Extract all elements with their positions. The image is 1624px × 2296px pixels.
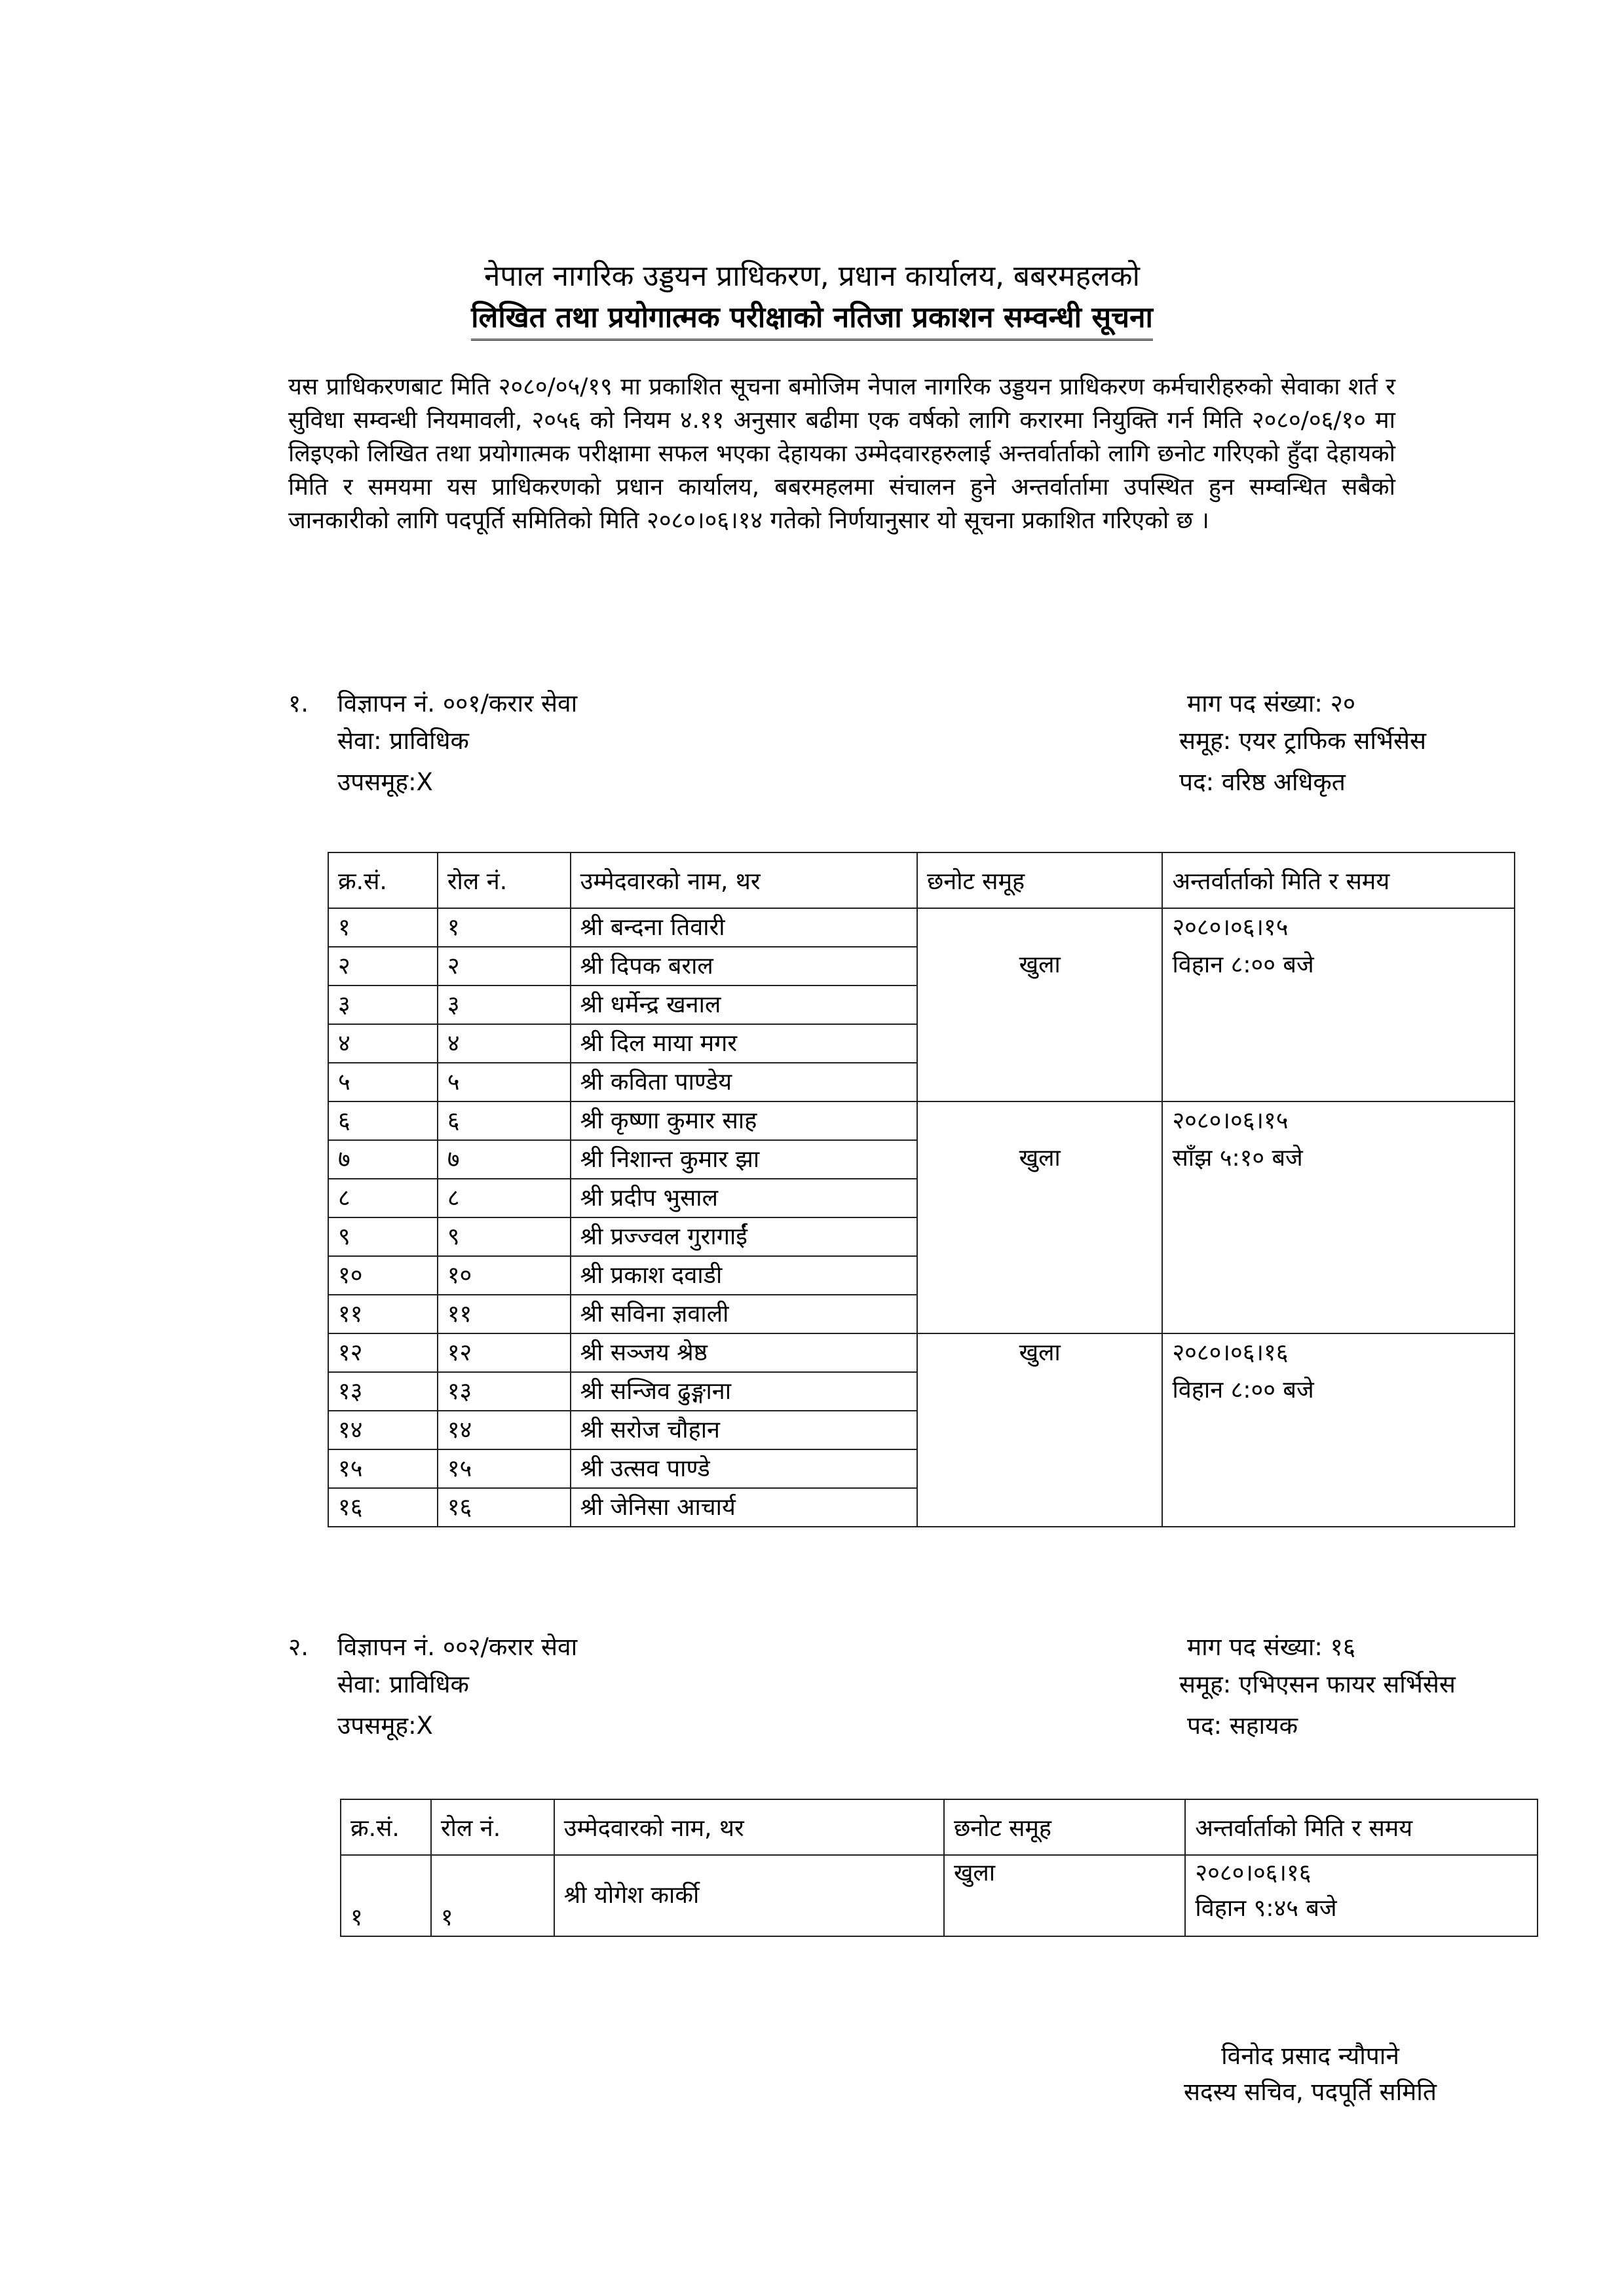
results-table-1: क्र.सं. रोल नं. उम्मेदवारको नाम, थर छनोट… [328,852,1515,1527]
candidate-name-cell: श्री सविना ज्ञवाली [571,1295,917,1333]
interview-datetime-cell: २०८०।०६।१५विहान ८:०० बजे [1162,908,1515,1101]
serial-number-cell: ७ [328,1140,438,1179]
candidate-name-cell: श्री योगेश कार्की [554,1855,944,1936]
section-2-posts-demanded: माग पद संख्या: १६ [1179,1628,1456,1666]
serial-number-cell: ९ [328,1217,438,1256]
selection-group-cell: खुला [944,1855,1185,1936]
candidate-name-cell: श्री प्रज्ज्वल गुरागाईं [571,1217,917,1256]
candidate-name-cell: श्री प्रदीप भुसाल [571,1179,917,1217]
section-1-number: १. [288,685,337,722]
serial-number-cell: ११ [328,1295,438,1333]
candidate-name-cell: श्री कृष्णा कुमार साह [571,1101,917,1140]
selection-group-label: खुला [954,1856,1175,1891]
serial-number-cell: १२ [328,1333,438,1372]
candidate-name-cell: श्री निशान्त कुमार झा [571,1140,917,1179]
serial-number-cell: ८ [328,1179,438,1217]
candidate-name-cell: श्री बन्दना तिवारी [571,908,917,947]
roll-number-cell: २ [438,947,571,985]
candidate-name-cell: श्री दिपक बराल [571,947,917,985]
serial-number-cell: १४ [328,1411,438,1449]
section-1-right-meta: माग पद संख्या: २० समूह: एयर ट्राफिक सर्भ… [1179,685,1426,801]
results-table-2-body: ११श्री योगेश कार्कीखुला२०८०।०६।१६विहान ९… [341,1855,1538,1936]
serial-number-cell: ३ [328,985,438,1024]
roll-number-cell: १ [438,908,571,947]
roll-number-cell: ८ [438,1179,571,1217]
section-2-number: २. [288,1628,337,1666]
serial-number-cell: ५ [328,1063,438,1101]
candidate-name-cell: श्री जेनिसा आचार्य [571,1488,917,1527]
roll-number-cell: १२ [438,1333,571,1372]
results-table-1-body: ११श्री बन्दना तिवारीखुला२०८०।०६।१५विहान … [328,908,1515,1527]
serial-number-cell: ६ [328,1101,438,1140]
header-interview-datetime: अन्तर्वार्ताको मिति र समय [1162,852,1515,908]
selection-group-label: खुला [927,1139,1152,1177]
candidate-name-cell: श्री प्रकाश दवाडी [571,1256,917,1295]
section-1-advertisement: विज्ञापन नं. ००१/करार सेवा [337,689,577,717]
selection-group-label: खुला [927,1334,1152,1371]
interview-time: विहान ८:०० बजे [1172,946,1505,984]
selection-group-label: खुला [927,946,1152,984]
candidate-name-cell: श्री कविता पाण्डेय [571,1063,917,1101]
selection-group-cell: खुला [917,908,1162,1101]
section-1-posts-demanded: माग पद संख्या: २० [1179,685,1426,722]
interview-datetime-cell: २०८०।०६।१६विहान ८:०० बजे [1162,1333,1515,1527]
header-interview-datetime: अन्तर्वार्ताको मिति र समय [1185,1799,1538,1855]
roll-number-cell: १४ [438,1411,571,1449]
header-serial-number: क्र.सं. [328,852,438,908]
roll-number-cell: १५ [438,1449,571,1488]
interview-datetime-cell: २०८०।०६।१५साँझ ५:१० बजे [1162,1101,1515,1333]
table-row: १२१२श्री सञ्जय श्रेष्ठखुला२०८०।०६।१६विहा… [328,1333,1515,1372]
interview-time: साँझ ५:१० बजे [1172,1139,1505,1177]
notice-subject-heading: लिखित तथा प्रयोगात्मक परीक्षाको नतिजा प्… [0,298,1624,341]
roll-number-cell: १६ [438,1488,571,1527]
candidate-name-cell: श्री सञ्जय श्रेष्ठ [571,1333,917,1372]
roll-number-cell: ३ [438,985,571,1024]
section-1-position: पद: वरिष्ठ अधिकृत [1179,763,1426,801]
section-2-left-meta: २.विज्ञापन नं. ००२/करार सेवा सेवा: प्राव… [288,1628,577,1744]
header-candidate-name: उम्मेदवारको नाम, थर [571,852,917,908]
roll-number-cell: ५ [438,1063,571,1101]
roll-number-cell: ४ [438,1024,571,1063]
signatory-name: विनोद प्रसाद न्यौपाने [1081,2038,1539,2074]
selection-group-cell: खुला [917,1101,1162,1333]
section-2-service: सेवा: प्राविधिक [337,1670,469,1698]
serial-number-cell: १६ [328,1488,438,1527]
interview-time: विहान ८:०० बजे [1172,1371,1505,1409]
header-selection-group: छनोट समूह [944,1799,1185,1855]
table-header-row: क्र.सं. रोल नं. उम्मेदवारको नाम, थर छनोट… [341,1799,1538,1855]
header-candidate-name: उम्मेदवारको नाम, थर [554,1799,944,1855]
header-selection-group: छनोट समूह [917,852,1162,908]
candidate-name-cell: श्री दिल माया मगर [571,1024,917,1063]
interview-date: २०८०।०६।१६ [1195,1856,1528,1891]
signature-block: विनोद प्रसाद न्यौपाने सदस्य सचिव, पदपूर्… [1081,2038,1539,2110]
interview-time: विहान ९:४५ बजे [1195,1891,1528,1926]
candidate-name-cell: श्री धर्मेन्द्र खनाल [571,985,917,1024]
notice-office-title: नेपाल नागरिक उड्डयन प्राधिकरण, प्रधान का… [0,257,1624,296]
interview-datetime-cell: २०८०।०६।१६विहान ९:४५ बजे [1185,1855,1538,1936]
roll-number-cell: ११ [438,1295,571,1333]
selection-group-cell: खुला [917,1333,1162,1527]
table-row: ११श्री बन्दना तिवारीखुला२०८०।०६।१५विहान … [328,908,1515,947]
intro-paragraph: यस प्राधिकरणबाट मिति २०८०/०५/१९ मा प्रका… [288,370,1395,537]
serial-number-cell: १ [328,908,438,947]
header-roll-number: रोल नं. [431,1799,554,1855]
section-1-service: सेवा: प्राविधिक [337,727,469,755]
table-row: ६६श्री कृष्णा कुमार साहखुला२०८०।०६।१५साँ… [328,1101,1515,1140]
serial-number-cell: १३ [328,1372,438,1411]
roll-number-cell: १ [431,1855,554,1936]
section-2-right-meta: माग पद संख्या: १६ समूह: एभिएसन फायर सर्भ… [1179,1628,1456,1744]
roll-number-cell: १० [438,1256,571,1295]
header-roll-number: रोल नं. [438,852,571,908]
candidate-name-cell: श्री उत्सव पाण्डे [571,1449,917,1488]
serial-number-cell: १५ [328,1449,438,1488]
notice-subject-text: लिखित तथा प्रयोगात्मक परीक्षाको नतिजा प्… [471,298,1153,341]
serial-number-cell: १० [328,1256,438,1295]
results-table-2: क्र.सं. रोल नं. उम्मेदवारको नाम, थर छनोट… [340,1799,1538,1937]
roll-number-cell: ६ [438,1101,571,1140]
section-1-group: समूह: एयर ट्राफिक सर्भिसेस [1179,722,1426,759]
roll-number-cell: १३ [438,1372,571,1411]
interview-date: २०८०।०६।१६ [1172,1334,1505,1371]
interview-date: २०८०।०६।१५ [1172,1102,1505,1139]
roll-number-cell: ९ [438,1217,571,1256]
section-1-left-meta: १.विज्ञापन नं. ००१/करार सेवा सेवा: प्राव… [288,685,577,801]
candidate-name-cell: श्री सरोज चौहान [571,1411,917,1449]
section-2-advertisement: विज्ञापन नं. ००२/करार सेवा [337,1633,577,1661]
serial-number-cell: ४ [328,1024,438,1063]
serial-number-cell: २ [328,947,438,985]
section-2-subgroup: उपसमूह:X [337,1712,433,1740]
section-2-position: पद: सहायक [1179,1707,1456,1744]
table-header-row: क्र.सं. रोल नं. उम्मेदवारको नाम, थर छनोट… [328,852,1515,908]
header-serial-number: क्र.सं. [341,1799,431,1855]
signatory-designation: सदस्य सचिव, पदपूर्ति समिति [1081,2074,1539,2110]
roll-number-cell: ७ [438,1140,571,1179]
interview-date: २०८०।०६।१५ [1172,909,1505,946]
table-row: ११श्री योगेश कार्कीखुला२०८०।०६।१६विहान ९… [341,1855,1538,1936]
candidate-name-cell: श्री सन्जिव ढुङ्गाना [571,1372,917,1411]
section-2-group: समूह: एभिएसन फायर सर्भिसेस [1179,1666,1456,1703]
section-1-subgroup: उपसमूह:X [337,768,433,796]
serial-number-cell: १ [341,1855,431,1936]
